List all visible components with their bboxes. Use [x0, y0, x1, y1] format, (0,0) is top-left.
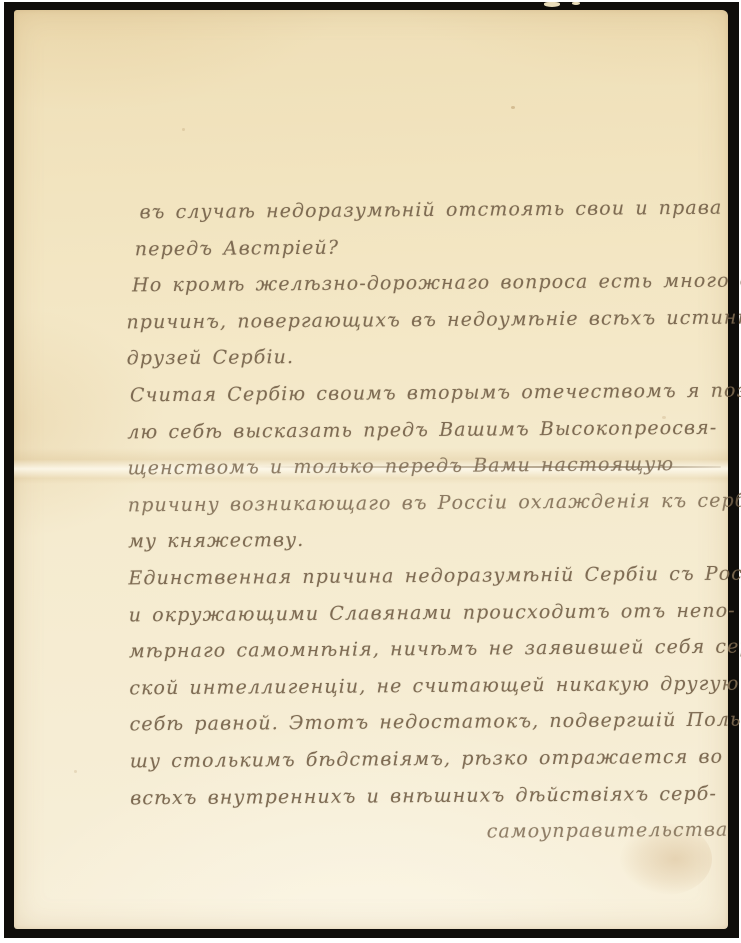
handwriting-line: ской интеллигенціи, не считающей никакую… [129, 665, 729, 706]
paper-sheet: въ случаѣ недоразумѣній отстоять свои и … [14, 10, 728, 929]
handwriting-line: передъ Австріей? [135, 226, 726, 267]
handwriting-line: Единственная причина недоразумѣній Сербі… [128, 556, 728, 597]
scanned-letter-page: въ случаѣ недоразумѣній отстоять свои и … [0, 0, 741, 943]
handwriting-line: причинъ, повергающихъ въ недоумѣніе всѣх… [126, 299, 726, 340]
handwriting-line-text: мѣрнаго самомнѣнія, ничѣмъ не заявившей … [129, 635, 741, 662]
handwriting-line: и окружающими Славянами происходитъ отъ … [129, 592, 729, 633]
handwriting-line: себѣ равной. Этотъ недостатокъ, подвергш… [129, 702, 729, 743]
handwriting-line-text: причину возникающаго въ Россіи охлаждені… [128, 489, 741, 516]
scan-edge-artifact [544, 2, 560, 7]
handwriting-line-text: Единственная причина недоразумѣній Сербі… [128, 562, 741, 589]
handwriting-line-text: друзей Сербіи. [127, 346, 295, 369]
handwriting-line-text: и окружающими Славянами происходитъ отъ … [129, 599, 736, 626]
handwriting-line: въ случаѣ недоразумѣній отстоять свои и … [139, 190, 725, 231]
foxing-speck [511, 106, 515, 109]
handwriting-line-text: передъ Австріей? [135, 236, 339, 260]
handwriting-line-text: всѣхъ внутреннихъ и внѣшнихъ дѣйствіяхъ … [130, 782, 717, 809]
handwriting-line: му княжеству. [128, 519, 728, 560]
handwriting-line-text: лю себѣ высказать предъ Вашимъ Высокопре… [127, 416, 717, 443]
handwriting-line: лю себѣ высказать предъ Вашимъ Высокопре… [127, 409, 727, 450]
handwriting-line-text: щенствомъ и только передъ Вами настоящую [127, 453, 674, 479]
scan-black-frame: въ случаѣ недоразумѣній отстоять свои и … [4, 2, 739, 938]
handwriting-line: друзей Сербіи. [127, 336, 727, 377]
handwriting-line-text: шу столькимъ бѣдствіямъ, рѣзко отражаетс… [130, 746, 723, 773]
handwriting-line: шу столькимъ бѣдствіямъ, рѣзко отражаетс… [130, 739, 730, 780]
handwriting-line-text: въ случаѣ недоразумѣній отстоять свои и … [139, 197, 722, 224]
handwriting-line-text: причинъ, повергающихъ въ недоумѣніе всѣх… [126, 306, 741, 333]
handwriting-line-text: самоуправительства [487, 819, 729, 843]
handwriting-line-text: му княжеству. [128, 529, 304, 552]
handwriting-line-text: ской интеллигенціи, не считающей никакую… [129, 672, 739, 699]
handwriting-line: Считая Сербію своимъ вторымъ отечествомъ… [130, 373, 727, 414]
handwriting-line-text: Считая Сербію своимъ вторымъ отечествомъ… [130, 379, 741, 406]
handwriting-line: Но кромѣ желѣзно-дорожнаго вопроса есть … [132, 263, 726, 304]
handwriting-line: щенствомъ и только передъ Вами настоящую [127, 446, 727, 487]
handwriting-line: всѣхъ внутреннихъ и внѣшнихъ дѣйствіяхъ … [130, 775, 730, 816]
handwriting-line: самоуправительства [130, 812, 730, 853]
handwriting-line-text: себѣ равной. Этотъ недостатокъ, подвергш… [130, 709, 741, 736]
foxing-speck [182, 128, 185, 131]
scan-edge-artifact [572, 2, 580, 5]
handwriting-line: причину возникающаго въ Россіи охлаждені… [128, 482, 728, 523]
handwritten-text-block: въ случаѣ недоразумѣній отстоять свои и … [125, 190, 730, 853]
handwriting-line-text: Но кромѣ желѣзно-дорожнаго вопроса есть … [132, 269, 741, 296]
handwriting-line: мѣрнаго самомнѣнія, ничѣмъ не заявившей … [129, 629, 729, 670]
foxing-speck [74, 770, 77, 773]
